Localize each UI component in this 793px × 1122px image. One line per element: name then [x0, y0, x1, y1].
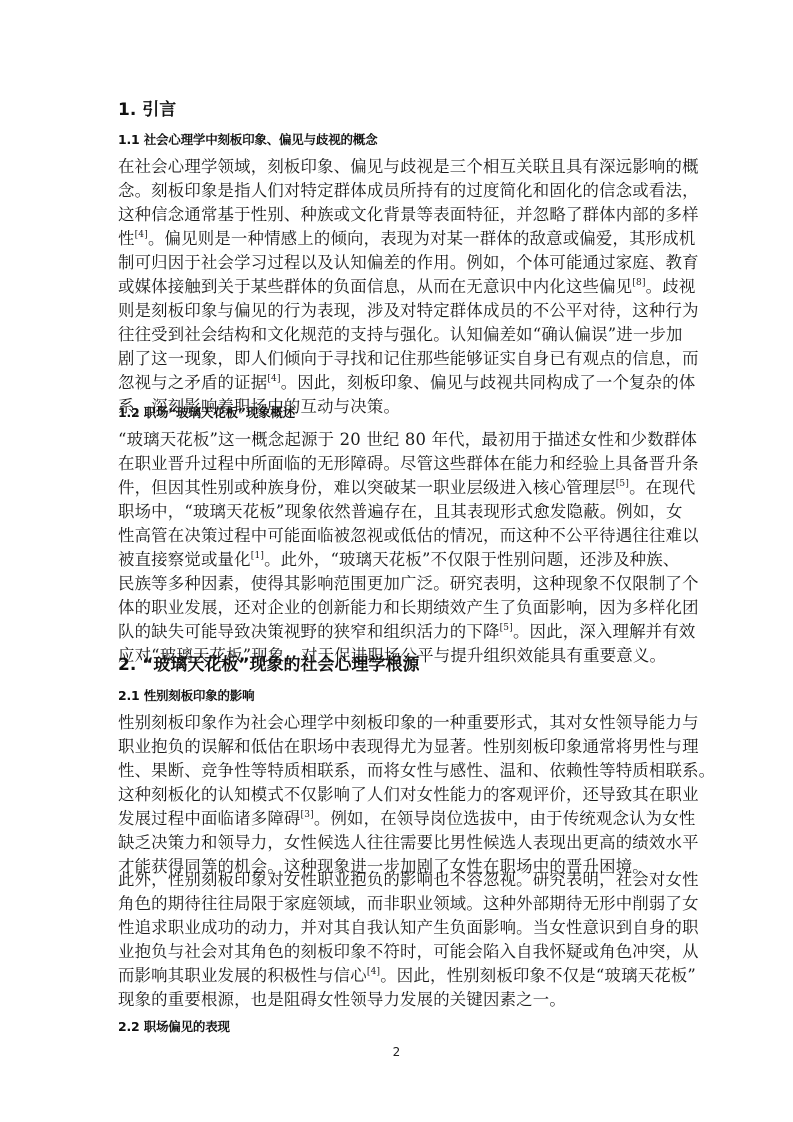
text-fragment: 被直接察觉或量化 — [118, 550, 251, 569]
text-line: 在职业晋升过程中所面临的无形障碍。尽管这些群体在能力和经验上具备晋升条 — [118, 452, 676, 476]
text-fragment: 性 — [118, 229, 135, 248]
page-number: 2 — [0, 1045, 793, 1059]
text-line: 性、果断、竞争性等特质相联系，而将女性与感性、温和、依赖性等特质相联系。 — [118, 759, 676, 783]
text-fragment: 。因此，性别刻板印象不仅是“玻璃天花板” — [380, 966, 696, 985]
text-fragment: 件，但因其性别或种族身份，难以突破某一职业层级进入核心管理层 — [118, 478, 616, 497]
citation: [5] — [616, 479, 629, 489]
text-line: 念。刻板印象是指人们对特定群体成员所持有的过度简化和固化的信念或看法， — [118, 179, 676, 203]
text-fragment: 而影响其职业发展的积极性与信心 — [118, 966, 367, 985]
citation: [4] — [135, 230, 148, 240]
citation: [8] — [632, 278, 645, 288]
citation: [4] — [367, 967, 380, 977]
text-line: 或媒体接触到关于某些群体的负面信息，从而在无意识中内化这些偏见[8]。歧视 — [118, 275, 676, 299]
citation: [3] — [301, 810, 314, 820]
text-line: 现象的重要根源，也是阻碍女性领导力发展的关键因素之一。 — [118, 988, 676, 1012]
text-line: “玻璃天花板”这一概念起源于 20 世纪 80 年代，最初用于描述女性和少数群体 — [118, 428, 676, 452]
text-fragment: 。在现代 — [629, 478, 695, 497]
text-line: 民族等多种因素，使得其影响范围更加广泛。研究表明，这种现象不仅限制了个 — [118, 572, 676, 596]
citation: [4] — [267, 374, 280, 384]
text-fragment: 。因此，刻板印象、偏见与歧视共同构成了一个复杂的体 — [281, 373, 696, 392]
section-heading-1: 1. 引言 — [118, 95, 176, 120]
subsection-heading-2-2: 2.2 职场偏见的表现 — [118, 1017, 230, 1035]
text-fragment: 。因此，深入理解并有效 — [513, 622, 696, 641]
text-line: 件，但因其性别或种族身份，难以突破某一职业层级进入核心管理层[5]。在现代 — [118, 476, 676, 500]
text-line: 缺乏决策力和领导力，女性候选人往往需要比男性候选人表现出更高的绩效水平 — [118, 831, 676, 855]
text-fragment: 。歧视 — [646, 277, 696, 296]
citation: [5] — [500, 623, 513, 633]
text-fragment: 或媒体接触到关于某些群体的负面信息，从而在无意识中内化这些偏见 — [118, 277, 632, 296]
subsection-heading-1-1: 1.1 社会心理学中刻板印象、偏见与歧视的概念 — [118, 130, 377, 148]
text-line: 性高管在决策过程中可能面临被忽视或低估的情况，而这种不公平待遇往往难以 — [118, 524, 676, 548]
text-fragment: 忽视与之矛盾的证据 — [118, 373, 267, 392]
text-fragment: 。此外，“玻璃天花板”不仅限于性别问题，还涉及种族、 — [264, 550, 679, 569]
text-line: 往往受到社会结构和文化规范的支持与强化。认知偏差如“确认偏误”进一步加 — [118, 323, 676, 347]
text-line: 则是刻板印象与偏见的行为表现，涉及对特定群体成员的不公平对待，这种行为 — [118, 299, 676, 323]
text-line: 被直接察觉或量化[1]。此外，“玻璃天花板”不仅限于性别问题，还涉及种族、 — [118, 548, 676, 572]
subsection-heading-1-2: 1.2 职场“玻璃天花板”现象概述 — [118, 403, 295, 421]
text-line: 性追求职业成功的动力，并对其自我认知产生负面影响。当女性意识到自身的职 — [118, 916, 676, 940]
text-line: 角色的期待往往局限于家庭领域，而非职业领域。这种外部期待无形中削弱了女 — [118, 892, 676, 916]
subsection-heading-2-1: 2.1 性别刻板印象的影响 — [118, 686, 254, 704]
text-line: 发展过程中面临诸多障碍[3]。例如，在领导岗位选拔中，由于传统观念认为女性 — [118, 807, 676, 831]
text-line: 忽视与之矛盾的证据[4]。因此，刻板印象、偏见与歧视共同构成了一个复杂的体 — [118, 371, 676, 395]
paragraph: “玻璃天花板”这一概念起源于 20 世纪 80 年代，最初用于描述女性和少数群体… — [118, 428, 676, 668]
text-line: 在社会心理学领域，刻板印象、偏见与歧视是三个相互关联且具有深远影响的概 — [118, 155, 676, 179]
text-line: 性别刻板印象作为社会心理学中刻板印象的一种重要形式，其对女性领导能力与 — [118, 711, 676, 735]
text-line: 性[4]。偏见则是一种情感上的倾向，表现为对某一群体的敌意或偏爱，其形成机 — [118, 227, 676, 251]
paragraph: 性别刻板印象作为社会心理学中刻板印象的一种重要形式，其对女性领导能力与 职业抱负… — [118, 711, 676, 879]
text-line: 这种信念通常基于性别、种族或文化背景等表面特征，并忽略了群体内部的多样 — [118, 203, 676, 227]
text-line: 这种刻板化的认知模式不仅影响了人们对女性能力的客观评价，还导致其在职业 — [118, 783, 676, 807]
text-line: 职业抱负的误解和低估在职场中表现得尤为显著。性别刻板印象通常将男性与理 — [118, 735, 676, 759]
text-line: 而影响其职业发展的积极性与信心[4]。因此，性别刻板印象不仅是“玻璃天花板” — [118, 964, 676, 988]
text-fragment: 队的缺失可能导致决策视野的狭窄和组织活力的下降 — [118, 622, 500, 641]
text-fragment: 发展过程中面临诸多障碍 — [118, 809, 301, 828]
text-line: 此外，性别刻板印象对女性职业抱负的影响也不容忽视。研究表明，社会对女性 — [118, 868, 676, 892]
text-line: 体的职业发展，还对企业的创新能力和长期绩效产生了负面影响，因为多样化团 — [118, 596, 676, 620]
text-line: 队的缺失可能导致决策视野的狭窄和组织活力的下降[5]。因此，深入理解并有效 — [118, 620, 676, 644]
section-heading-2: 2. “玻璃天花板”现象的社会心理学根源 — [118, 650, 420, 675]
text-fragment: 。偏见则是一种情感上的倾向，表现为对某一群体的敌意或偏爱，其形成机 — [148, 229, 696, 248]
paragraph: 此外，性别刻板印象对女性职业抱负的影响也不容忽视。研究表明，社会对女性 角色的期… — [118, 868, 676, 1012]
text-fragment: 。例如，在领导岗位选拔中，由于传统观念认为女性 — [314, 809, 696, 828]
citation: [1] — [251, 551, 264, 561]
text-line: 制可归因于社会学习过程以及认知偏差的作用。例如，个体可能通过家庭、教育 — [118, 251, 676, 275]
paragraph: 在社会心理学领域，刻板印象、偏见与歧视是三个相互关联且具有深远影响的概 念。刻板… — [118, 155, 676, 419]
text-line: 剧了这一现象，即人们倾向于寻找和记住那些能够证实自身已有观点的信息，而 — [118, 347, 676, 371]
text-line: 职场中，“玻璃天花板”现象依然普遍存在，且其表现形式愈发隐蔽。例如，女 — [118, 500, 676, 524]
text-line: 业抱负与社会对其角色的刻板印象不符时，可能会陷入自我怀疑或角色冲突，从 — [118, 940, 676, 964]
